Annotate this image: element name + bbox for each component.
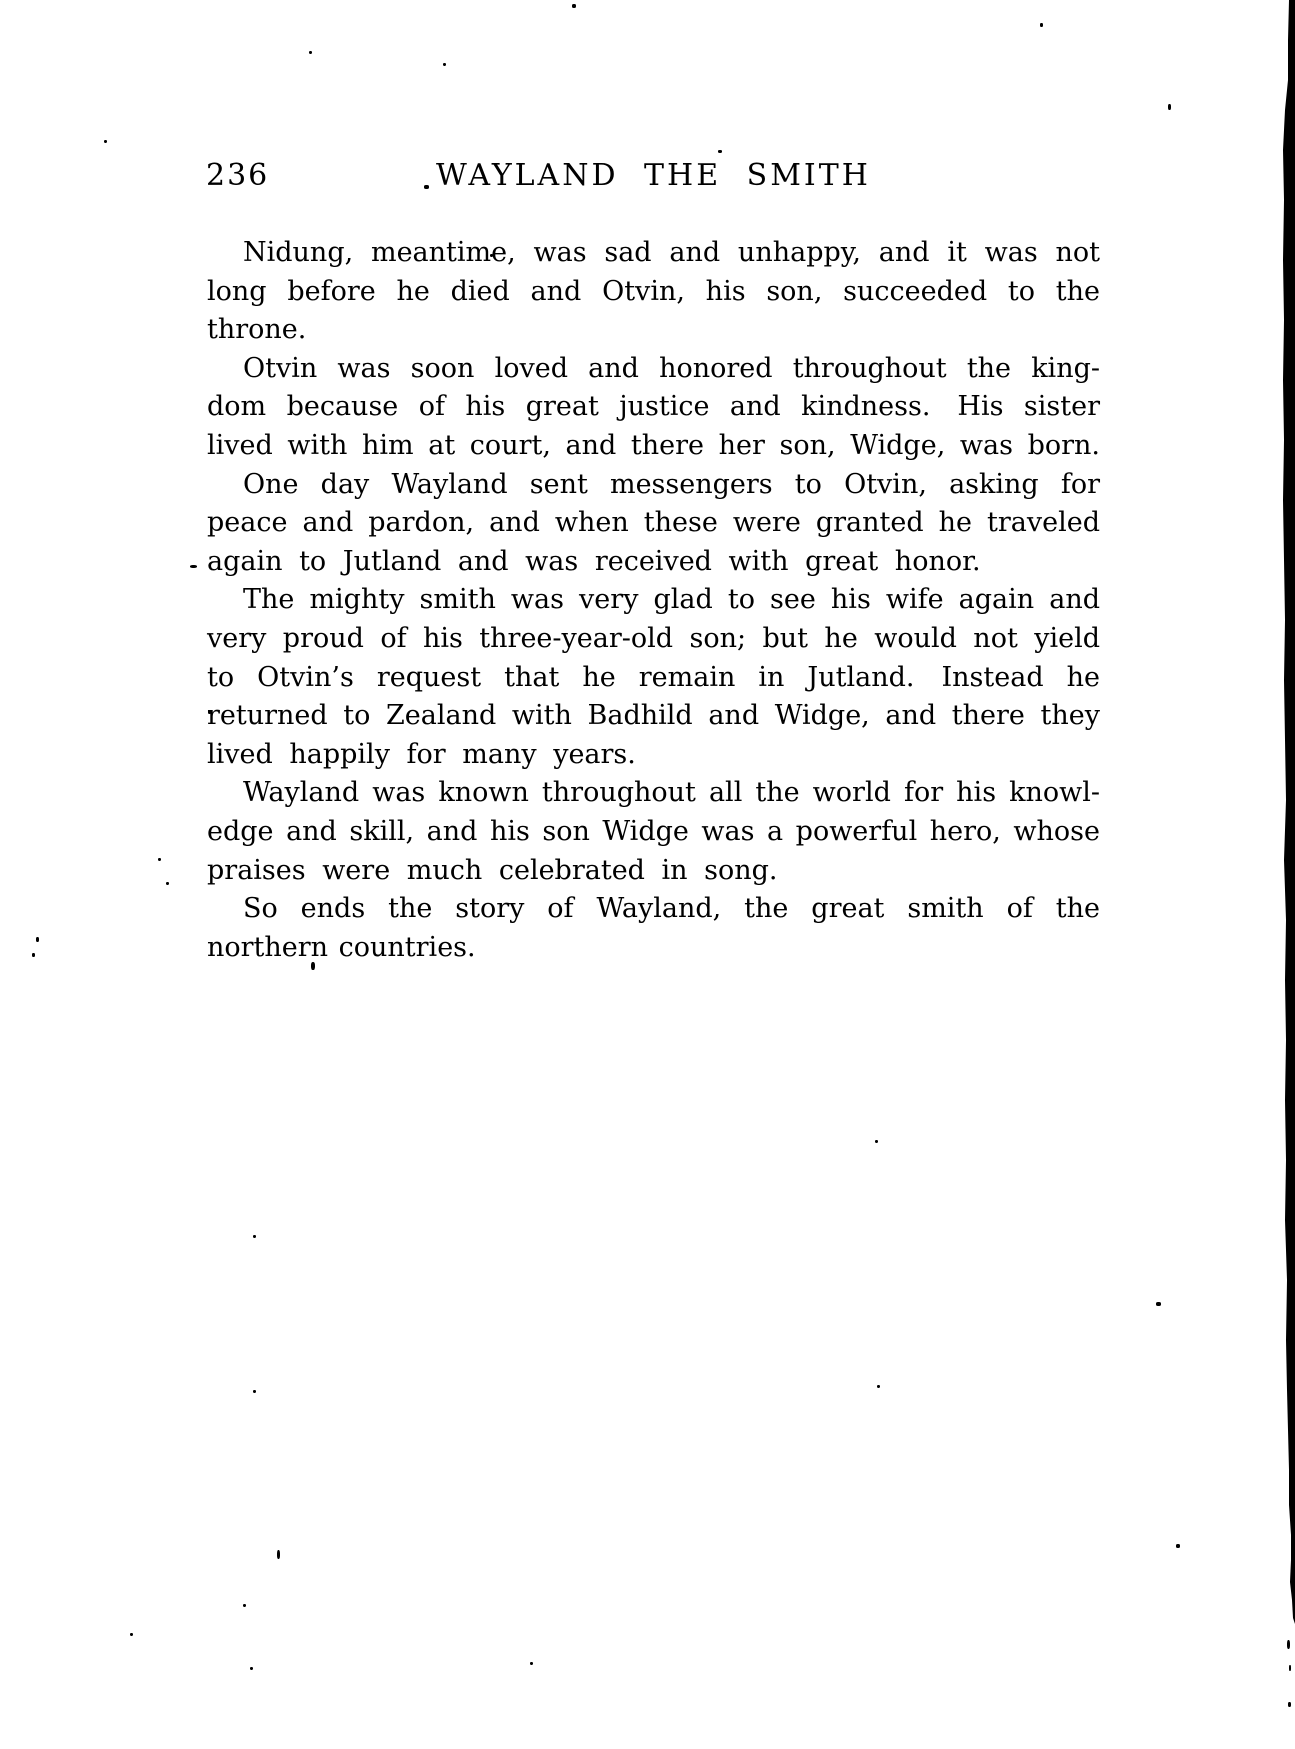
text-line: again to Jutland and was received with g… [207,543,1100,582]
text-line: So ends the story of Wayland, the great … [207,890,1100,929]
scan-speck [190,565,197,568]
book-page: 236 WAYLAND THE SMITH Nidung, meantime, … [0,0,1295,1749]
text-line: The mighty smith was very glad to see hi… [207,581,1100,620]
scan-speck [424,185,429,189]
text-line: long before he died and Otvin, his son, … [207,273,1100,350]
text-line: peace and pardon, and when these were gr… [207,504,1100,543]
scan-speck [166,882,169,885]
text-line: edge and skill, and his son Widge was a … [207,813,1100,852]
scan-speck [243,1604,246,1607]
body-text: Nidung, meantime, was sad and unhappy, a… [207,234,1100,967]
text-line: Nidung, meantime, was sad and unhappy, a… [207,234,1100,273]
scan-speck [309,51,312,54]
scan-speck [1287,1640,1290,1649]
scan-gutter-shadow [1281,0,1295,1749]
text-line: lived with him at court, and there her s… [207,427,1100,466]
text-line: dom because of his great justice and kin… [207,388,1100,427]
scan-speck [277,1550,280,1559]
scan-speck [1176,1544,1180,1548]
scan-speck [1156,1302,1161,1306]
scan-speck [311,962,315,970]
text-line: Otvin was soon loved and honored through… [207,350,1100,389]
text-line: Wayland was known throughout all the wor… [207,774,1100,813]
scan-speck [253,1235,256,1238]
text-line: northern countries. [207,929,1100,968]
scan-speck [253,1390,256,1393]
scan-speck [490,254,493,257]
text-line: returned to Zealand with Badhild and Wid… [207,697,1100,736]
scan-speck [1168,104,1171,110]
scan-speck [250,1667,253,1670]
scan-speck [158,858,161,861]
scan-speck [530,1662,533,1665]
text-line: to Otvin’s request that he remain in Jut… [207,659,1100,698]
text-line: One day Wayland sent messengers to Otvin… [207,466,1100,505]
scan-speck [32,953,35,957]
scan-speck [130,1633,133,1636]
scan-speck [1040,23,1043,27]
scan-speck [877,1385,880,1388]
text-line: praises were much celebrated in song. [207,852,1100,891]
scan-speck [718,150,722,153]
scan-speck [443,63,446,66]
scan-speck [36,937,39,942]
scan-speck [875,1140,878,1143]
scan-speck [104,140,107,143]
text-line: very proud of his three-year-old son; bu… [207,620,1100,659]
scan-speck [208,710,211,714]
scan-speck [1289,1665,1291,1671]
text-line: lived happily for many years. [207,736,1100,775]
scan-speck [1288,1702,1291,1707]
scan-speck [572,4,576,8]
page-title: WAYLAND THE SMITH [207,161,1100,191]
